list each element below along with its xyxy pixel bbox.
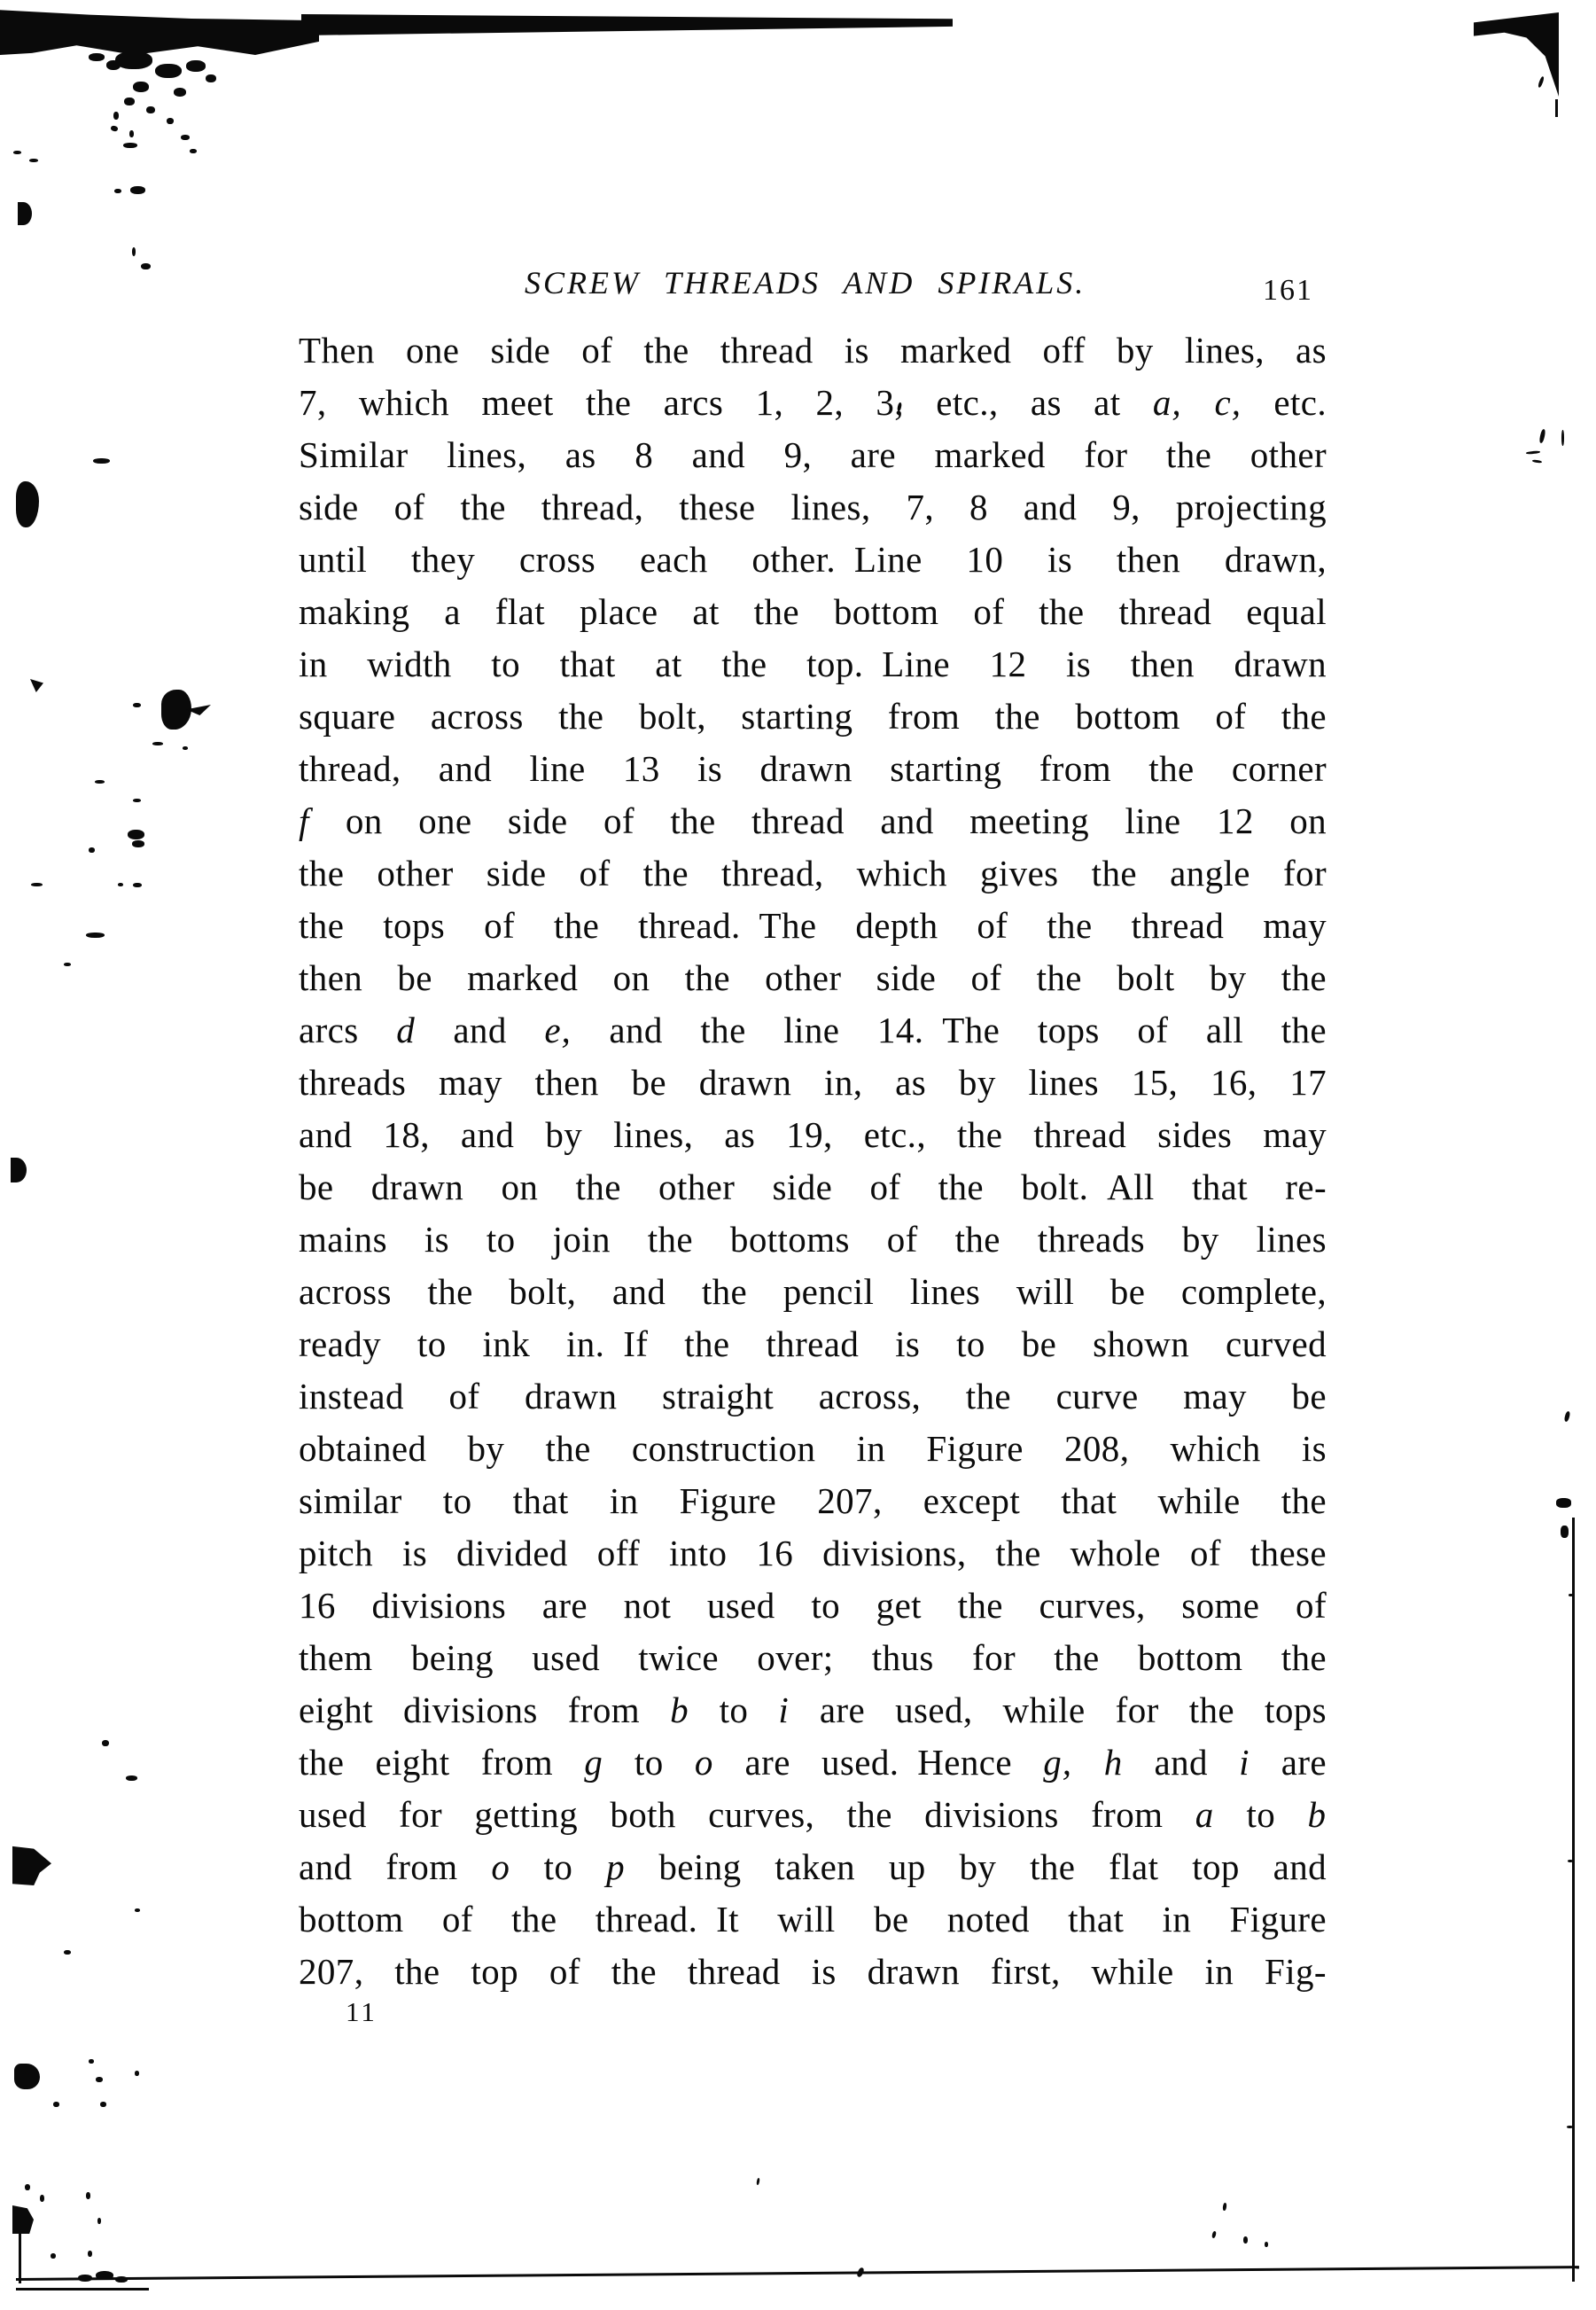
ink-blot-left-margin bbox=[14, 2064, 40, 2089]
ink-speck bbox=[1526, 450, 1540, 454]
ink-speck bbox=[126, 1775, 137, 1781]
ink-speck bbox=[1568, 1860, 1573, 1862]
text-line: similar to that in Figure 207, except th… bbox=[299, 1475, 1327, 1527]
ink-speck bbox=[146, 106, 155, 113]
ink-speck bbox=[132, 840, 144, 847]
ink-speck bbox=[13, 151, 21, 154]
text-line: used for getting both curves, the divisi… bbox=[299, 1789, 1327, 1841]
ink-speck bbox=[130, 186, 145, 194]
ink-speck bbox=[1561, 430, 1564, 446]
italic-reference-letter: d bbox=[396, 1010, 416, 1050]
ink-speck bbox=[135, 1908, 140, 1912]
text-line: side of the thread, these lines, 7, 8 an… bbox=[299, 481, 1327, 534]
ink-speck bbox=[1569, 1594, 1573, 1596]
ink-speck bbox=[89, 2059, 94, 2064]
ink-speck bbox=[167, 118, 174, 124]
text-line: Then one side of the thread is marked of… bbox=[299, 324, 1327, 377]
ink-speck bbox=[53, 2102, 59, 2107]
ink-speck bbox=[25, 2184, 30, 2190]
ink-speck bbox=[1532, 459, 1542, 464]
ink-speck bbox=[31, 883, 43, 886]
text-line: Similar lines, as 8 and 9, are marked fo… bbox=[299, 429, 1327, 481]
ink-speck bbox=[756, 2178, 759, 2185]
ink-speck bbox=[114, 189, 121, 193]
text-line: square across the bolt, starting from th… bbox=[299, 691, 1327, 743]
ink-speck bbox=[29, 159, 38, 162]
text-line: 7, which meet the arcs 1, 2, 3, etc., as… bbox=[299, 377, 1327, 429]
ink-speck bbox=[128, 830, 144, 839]
ink-speck bbox=[133, 883, 142, 887]
ink-speck bbox=[1265, 2242, 1268, 2247]
signature-mark: 11 bbox=[346, 1996, 378, 2028]
text-line: 207, the top of the thread is drawn firs… bbox=[299, 1946, 1327, 1998]
running-head: SCREW THREADS AND SPIRALS. 161 bbox=[525, 264, 1313, 301]
page-edge-bottom-stub bbox=[16, 2288, 149, 2290]
text-line: obtained by the construction in Figure 2… bbox=[299, 1423, 1327, 1475]
ink-speck bbox=[86, 2192, 90, 2199]
ink-speck bbox=[115, 2276, 128, 2283]
ink-speck bbox=[89, 847, 95, 853]
italic-reference-letter: a bbox=[1195, 1794, 1215, 1835]
text-line: thread, and line 13 is drawn starting fr… bbox=[299, 743, 1327, 795]
ink-speck bbox=[78, 2275, 92, 2282]
text-line: until they cross each other. Line 10 is … bbox=[299, 534, 1327, 586]
ink-speck bbox=[124, 98, 135, 105]
text-line: bottom of the thread. It will be noted t… bbox=[299, 1893, 1327, 1946]
text-line: mains is to join the bottoms of the thre… bbox=[299, 1214, 1327, 1266]
body-lines: Then one side of the thread is marked of… bbox=[299, 324, 1327, 1998]
text-line: in width to that at the top. Line 12 is … bbox=[299, 638, 1327, 691]
ink-blot-bottom-left bbox=[12, 2205, 34, 2234]
ink-speck bbox=[64, 1950, 71, 1955]
ink-speck bbox=[102, 1740, 109, 1746]
ink-speck bbox=[1243, 2236, 1248, 2244]
italic-reference-letter: i bbox=[1239, 1742, 1250, 1783]
italic-reference-letter: o bbox=[695, 1742, 714, 1783]
text-line: pitch is divided off into 16 divisions, … bbox=[299, 1527, 1327, 1580]
ink-speck bbox=[135, 2071, 139, 2076]
italic-reference-letter: f bbox=[299, 800, 309, 841]
text-line: the eight from g to o are used. Hence g,… bbox=[299, 1736, 1327, 1789]
ink-speck bbox=[190, 149, 197, 153]
ink-blot-left-margin bbox=[16, 481, 39, 527]
text-line: 16 divisions are not used to get the cur… bbox=[299, 1580, 1327, 1632]
ink-speck bbox=[1222, 2203, 1226, 2211]
italic-reference-letter: e, bbox=[544, 1010, 571, 1050]
text-line: and 18, and by lines, as 19, etc., the t… bbox=[299, 1109, 1327, 1161]
text-line: arcs d and e, and the line 14. The tops … bbox=[299, 1004, 1327, 1057]
italic-reference-letter: p bbox=[606, 1846, 626, 1887]
ink-blot-top-band bbox=[0, 7, 319, 55]
italic-reference-letter: g, h bbox=[1043, 1742, 1123, 1783]
ink-blot-top-band-tail bbox=[301, 14, 953, 35]
ink-speck bbox=[93, 458, 110, 464]
ink-speck bbox=[206, 74, 216, 82]
ink-speck bbox=[129, 130, 134, 137]
ink-speck bbox=[64, 963, 71, 966]
ink-blot-left-margin bbox=[30, 679, 43, 692]
text-line: instead of drawn straight across, the cu… bbox=[299, 1370, 1327, 1423]
ink-speck bbox=[113, 112, 119, 120]
ink-speck bbox=[1538, 429, 1545, 444]
ink-speck bbox=[152, 742, 163, 745]
ink-speck bbox=[97, 2218, 101, 2224]
ink-speck bbox=[51, 2253, 56, 2259]
ink-speck bbox=[183, 746, 188, 750]
ink-speck bbox=[88, 2251, 92, 2257]
text-line: making a flat place at the bottom of the… bbox=[299, 586, 1327, 638]
ink-speck bbox=[186, 60, 206, 72]
italic-reference-letter: o bbox=[491, 1846, 510, 1887]
scanned-book-page: SCREW THREADS AND SPIRALS. 161 Then one … bbox=[0, 0, 1596, 2310]
ink-speck bbox=[181, 135, 190, 140]
text-line: threads may then be drawn in, as by line… bbox=[299, 1057, 1327, 1109]
ink-speck bbox=[133, 703, 141, 707]
ink-blot-right-margin bbox=[1561, 1526, 1569, 1538]
ink-blot-right-margin bbox=[1556, 1498, 1571, 1508]
ink-speck bbox=[89, 53, 105, 61]
text-line: them being used twice over; thus for the… bbox=[299, 1632, 1327, 1684]
ink-speck bbox=[141, 263, 151, 269]
text-line: f on one side of the thread and meeting … bbox=[299, 795, 1327, 847]
ink-speck bbox=[118, 883, 123, 886]
italic-reference-letter: g bbox=[584, 1742, 603, 1783]
chapter-title: SCREW THREADS AND SPIRALS. bbox=[525, 264, 1086, 301]
body-text: Then one side of the thread is marked of… bbox=[299, 324, 1327, 1998]
text-line: eight divisions from b to i are used, wh… bbox=[299, 1684, 1327, 1736]
italic-reference-letter: a, c, bbox=[1153, 382, 1242, 423]
ink-speck bbox=[1538, 76, 1545, 89]
ink-speck bbox=[100, 2102, 106, 2107]
ink-blot-corner-wedge bbox=[1474, 12, 1559, 97]
page-number: 161 bbox=[1263, 274, 1313, 308]
italic-reference-letter: i bbox=[778, 1690, 789, 1730]
ink-blot-left-margin bbox=[11, 1158, 27, 1182]
ink-speck bbox=[1564, 1411, 1571, 1423]
ink-mark-corner-tick bbox=[1555, 99, 1558, 117]
text-line: the other side of the thread, which give… bbox=[299, 847, 1327, 900]
text-line: and from o to p being taken up by the fl… bbox=[299, 1841, 1327, 1893]
ink-speck bbox=[86, 933, 105, 938]
ink-speck bbox=[110, 125, 118, 132]
ink-speck bbox=[133, 82, 149, 92]
ink-speck bbox=[123, 143, 137, 148]
text-line: ready to ink in. If the thread is to be … bbox=[299, 1318, 1327, 1370]
ink-speck bbox=[96, 2077, 103, 2082]
ink-speck bbox=[1567, 2126, 1573, 2128]
ink-line-bottom-left bbox=[19, 2234, 21, 2283]
ink-speck bbox=[174, 88, 186, 97]
text-line: across the bolt, and the pencil lines wi… bbox=[299, 1266, 1327, 1318]
ink-speck bbox=[115, 51, 152, 69]
ink-speck bbox=[95, 780, 105, 784]
page-edge-right-line bbox=[1572, 1518, 1575, 2282]
ink-speck bbox=[133, 799, 141, 802]
ink-speck bbox=[132, 247, 136, 256]
page-edge-bottom-line bbox=[16, 2266, 1579, 2281]
ink-speck bbox=[96, 2271, 113, 2280]
ink-blot-left-margin bbox=[12, 1846, 51, 1885]
ink-speck bbox=[40, 2195, 44, 2202]
ink-blot-left-margin bbox=[18, 202, 32, 225]
ink-speck bbox=[1211, 2231, 1217, 2239]
italic-reference-letter: b bbox=[1308, 1794, 1327, 1835]
text-line: the tops of the thread. The depth of the… bbox=[299, 900, 1327, 952]
ink-speck bbox=[155, 64, 182, 78]
text-line: be drawn on the other side of the bolt. … bbox=[299, 1161, 1327, 1214]
italic-reference-letter: b bbox=[670, 1690, 689, 1730]
text-line: then be marked on the other side of the … bbox=[299, 952, 1327, 1004]
